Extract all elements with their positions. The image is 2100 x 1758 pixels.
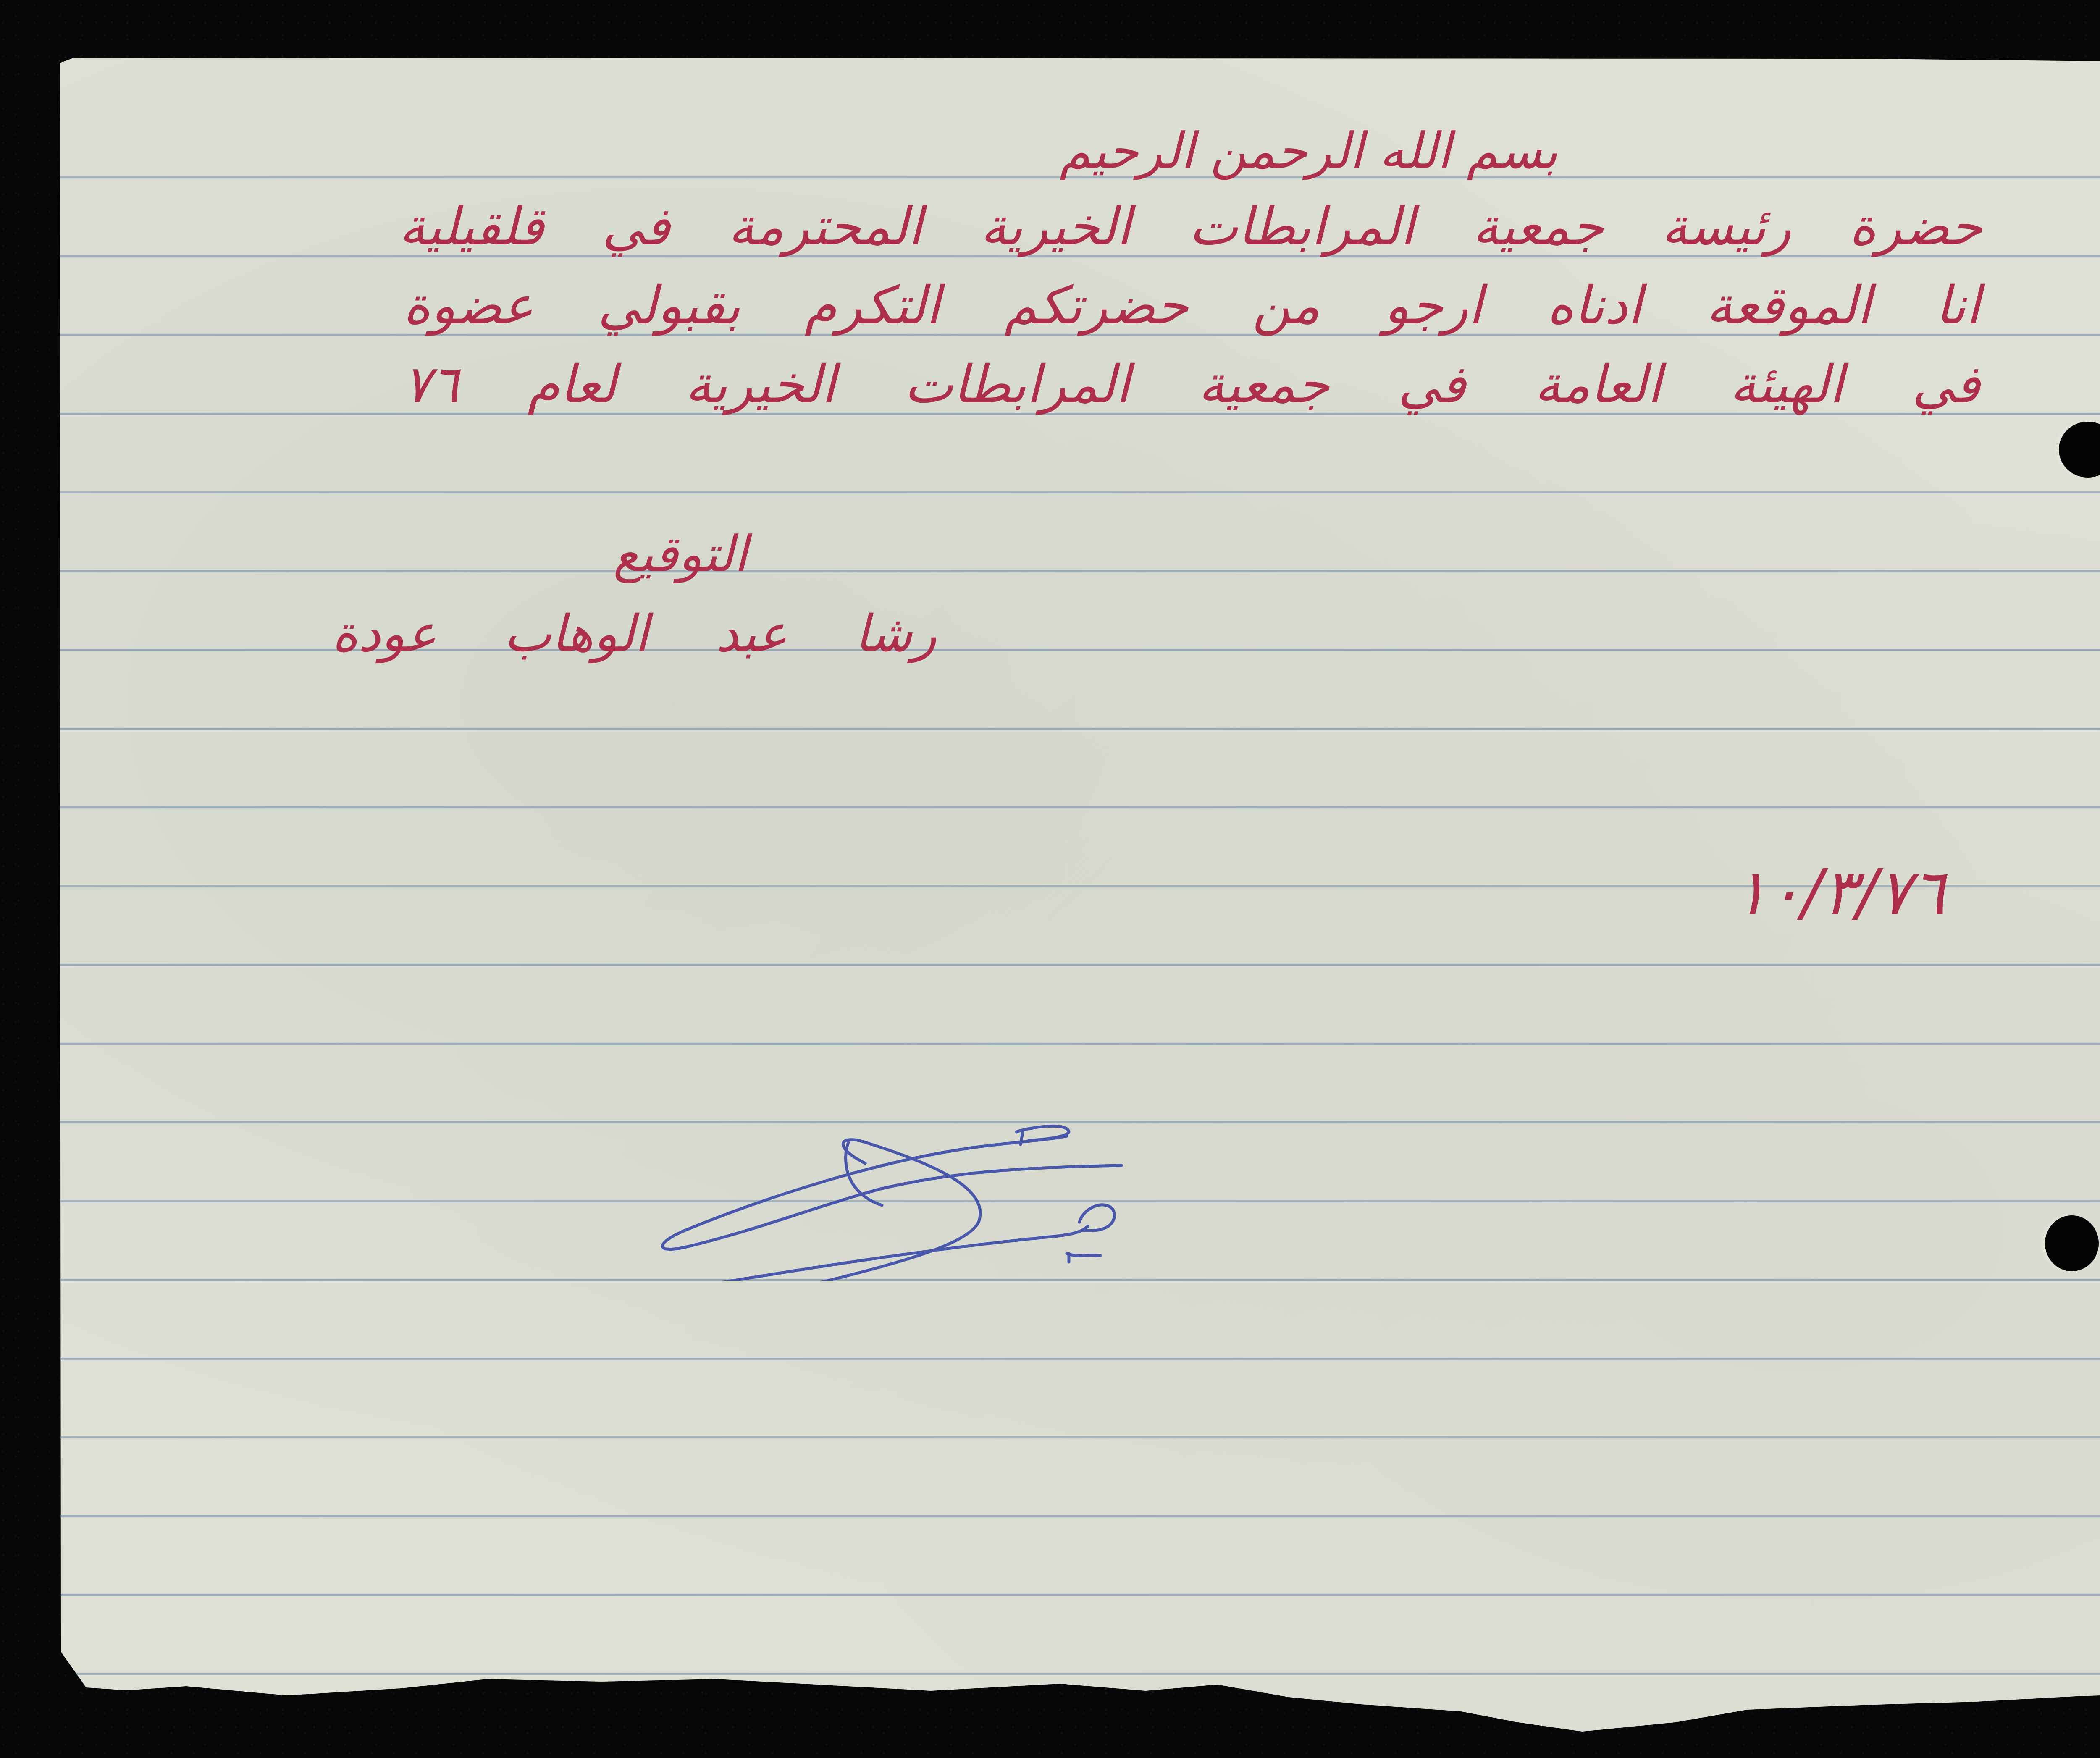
ruled-line	[0, 491, 2100, 493]
addressee-line: حضرة رئيسة جمعية المرابطات الخيرية المحت…	[399, 201, 1982, 253]
paper-surface: بسم الله الرحمن الرحيم حضرة رئيسة جمعية …	[0, 0, 2100, 1758]
ruled-line	[0, 1358, 2100, 1360]
membership-line: في الهيئة العامة في جمعية المرابطات الخي…	[403, 359, 1980, 411]
bismillah-heading: بسم الله الرحمن الرحيم	[985, 126, 1632, 176]
ruled-line	[0, 176, 2100, 178]
request-line: انا الموقعة ادناه ارجو من حضرتكم التكرم …	[403, 280, 1980, 332]
ruled-line	[0, 570, 2100, 572]
blue-signature-icon	[630, 1092, 1176, 1281]
ruled-line	[0, 1515, 2100, 1517]
signature-label: التوقيع	[542, 529, 819, 579]
ruled-line	[0, 728, 2100, 730]
ruled-line	[0, 1594, 2100, 1596]
ruled-line	[0, 1043, 2100, 1045]
ruled-line	[0, 806, 2100, 808]
ruled-line	[0, 1436, 2100, 1438]
ruled-line	[0, 649, 2100, 651]
letter-date: ١٠/٣/٧٦	[1676, 861, 2003, 924]
punch-hole	[2045, 1215, 2099, 1271]
ruled-line	[0, 1673, 2100, 1675]
signatory-name: رشا عبد الوهاب عودة	[332, 609, 937, 659]
ruled-line	[0, 964, 2100, 966]
lined-paper-sheet: بسم الله الرحمن الرحيم حضرة رئيسة جمعية …	[0, 0, 2100, 1758]
